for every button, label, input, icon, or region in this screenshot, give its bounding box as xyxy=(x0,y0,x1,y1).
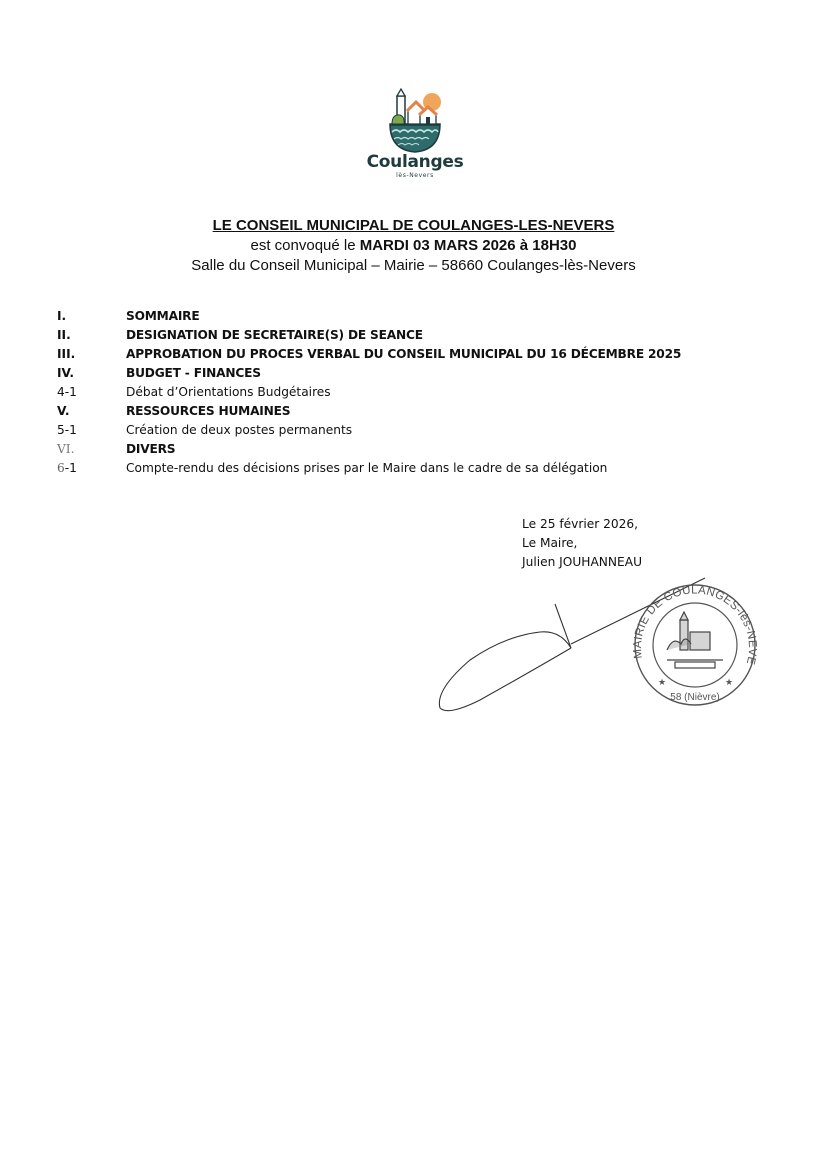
document-page: Coulanges lès-Nevers LE CONSEIL MUNICIPA… xyxy=(0,0,827,1169)
town-seal-icon: MAIRIE DE COULANGES-lès-NEVERS 58 (Nièvr… xyxy=(0,0,758,705)
stamp-bottom-text: 58 (Nièvre) xyxy=(670,692,719,703)
svg-text:MAIRIE DE COULANGES-lès-NEVERS: MAIRIE DE COULANGES-lès-NEVERS xyxy=(0,0,758,666)
signature-and-stamp: MAIRIE DE COULANGES-lès-NEVERS 58 (Nièvr… xyxy=(0,0,827,1169)
svg-text:★: ★ xyxy=(658,677,666,687)
stamp-top-text: MAIRIE DE COULANGES-lès-NEVERS xyxy=(0,0,758,666)
svg-text:★: ★ xyxy=(725,677,733,687)
